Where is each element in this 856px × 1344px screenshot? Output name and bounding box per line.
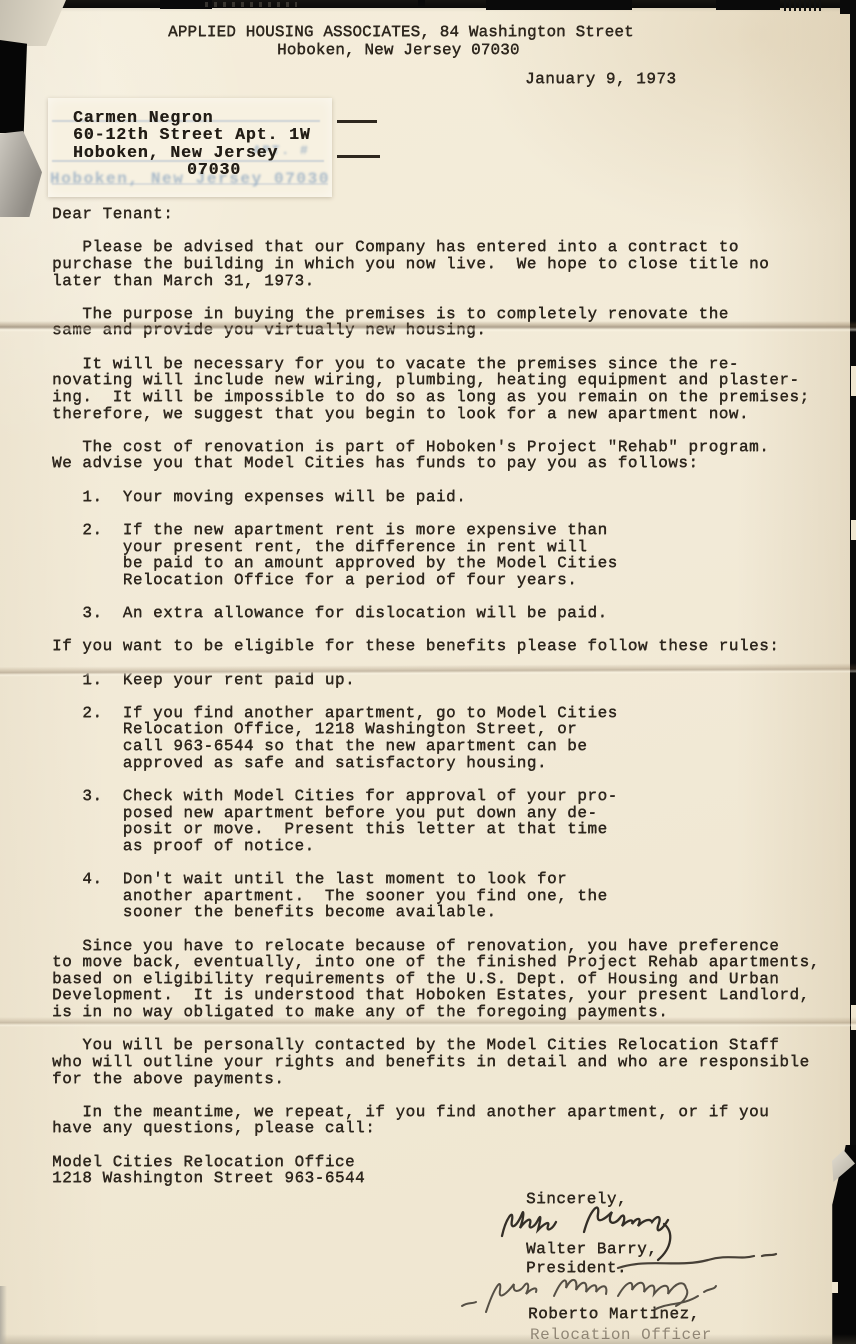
address-label-sticker: APT. # Hoboken, New Jersey 07030 Carmen … bbox=[48, 98, 332, 197]
scan-artifact-bar bbox=[418, 0, 425, 6]
scan-artifact-marks bbox=[205, 2, 297, 7]
scan-edge-notch bbox=[851, 520, 856, 540]
scan-bottom-edge bbox=[0, 1334, 856, 1344]
scan-artifact-barcode bbox=[784, 0, 822, 11]
scanned-letter: APPLIED HOUSING ASSOCIATES, 84 Washingto… bbox=[0, 0, 856, 1344]
letterhead-company-line: APPLIED HOUSING ASSOCIATES, 84 Washingto… bbox=[168, 23, 634, 41]
recipient-zip: 07030 bbox=[187, 160, 241, 179]
typed-underscore bbox=[337, 155, 380, 158]
recipient-street: 60-12th Street Apt. 1W bbox=[73, 125, 311, 144]
scan-edge-notch bbox=[832, 1282, 838, 1293]
scan-artifact-bar bbox=[716, 0, 780, 10]
fold-crease bbox=[0, 1017, 856, 1027]
scan-right-edge bbox=[850, 0, 856, 1170]
letterhead-city-line: Hoboken, New Jersey 07030 bbox=[277, 41, 520, 59]
scan-artifact-bar bbox=[486, 0, 632, 10]
signer2-title: Relocation Officer bbox=[530, 1326, 712, 1344]
letter-body: Dear Tenant: Please be advised that our … bbox=[52, 206, 820, 1187]
fold-crease bbox=[0, 321, 856, 332]
signer2-name: Roberto Martinez, bbox=[528, 1305, 700, 1323]
recipient-city: Hoboken, New Jersey bbox=[73, 143, 278, 162]
scan-edge-notch bbox=[851, 366, 856, 396]
scan-bottom-left-edge bbox=[0, 1286, 7, 1344]
scan-left-black-patch bbox=[0, 40, 27, 133]
letter-date: January 9, 1973 bbox=[525, 70, 677, 88]
typed-underscore bbox=[337, 120, 377, 123]
